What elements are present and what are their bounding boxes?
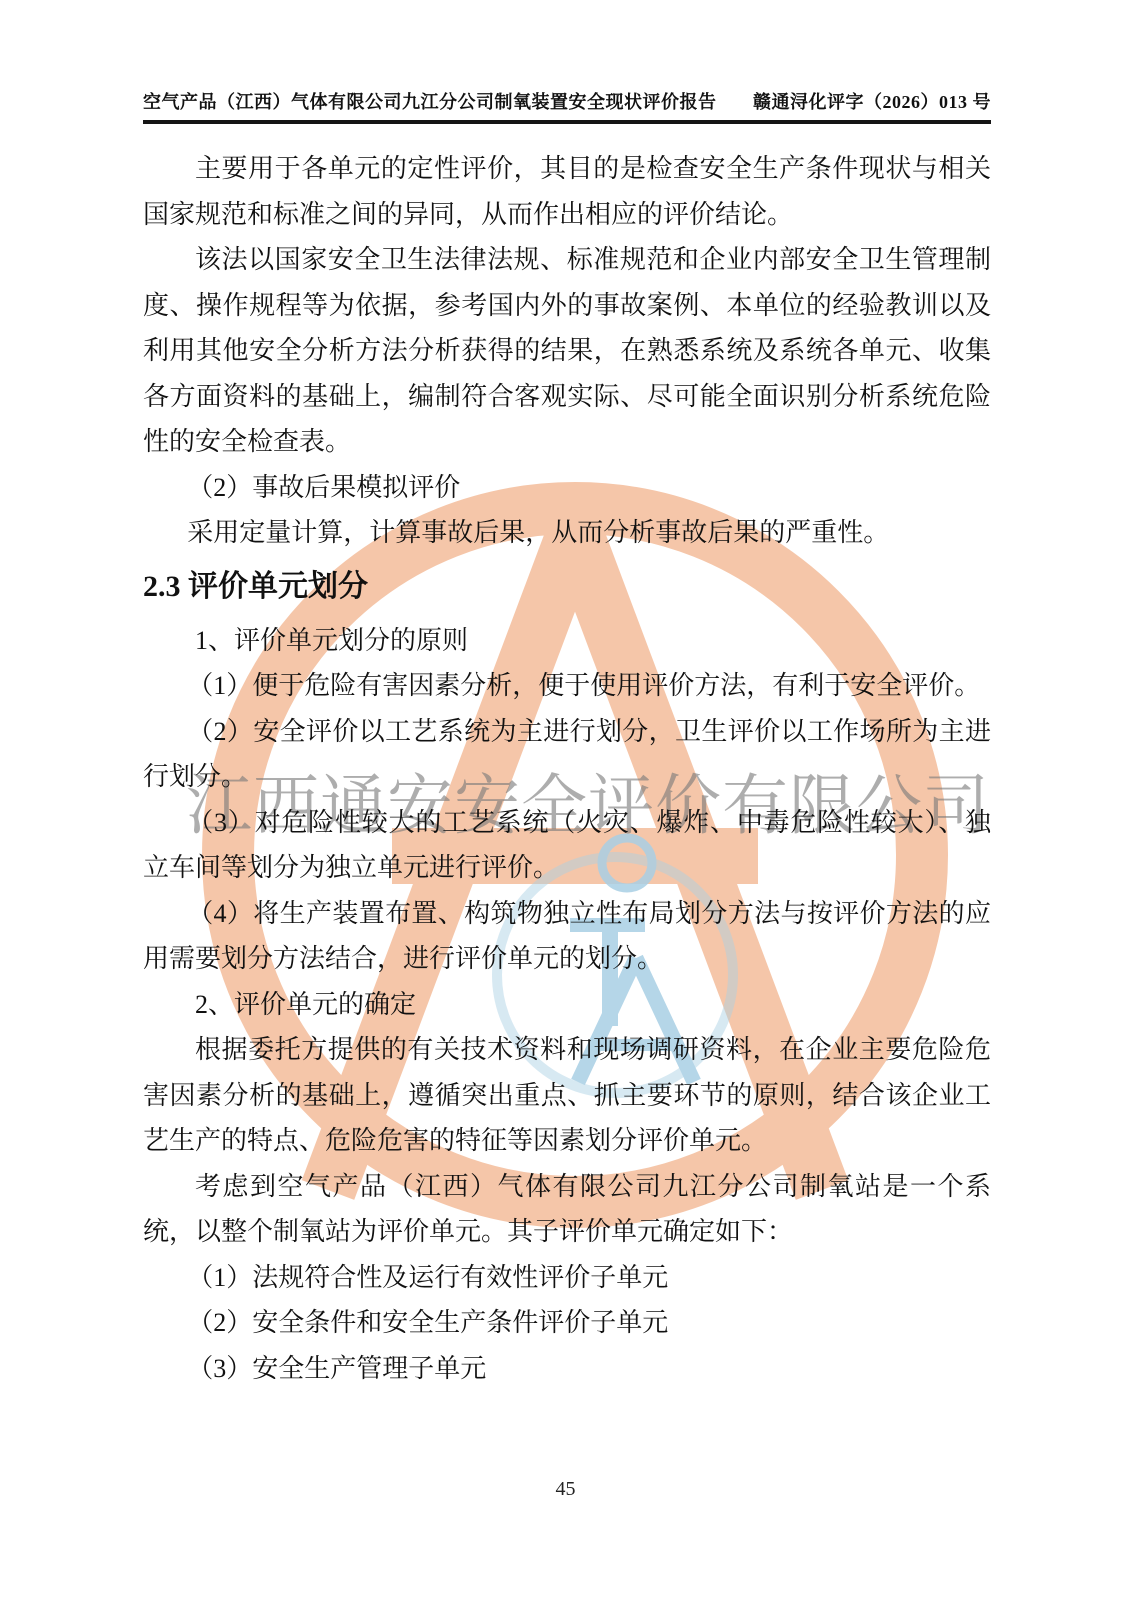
body-paragraph: 1、评价单元划分的原则 bbox=[143, 618, 991, 664]
body-paragraph: 考虑到空气产品（江西）气体有限公司九江分公司制氧站是一个系统，以整个制氧站为评价… bbox=[143, 1164, 991, 1255]
body-paragraph: 根据委托方提供的有关技术资料和现场调研资料，在企业主要危险危害因素分析的基础上，… bbox=[143, 1027, 991, 1164]
body-paragraph: 主要用于各单元的定性评价，其目的是检查安全生产条件现状与相关国家规范和标准之间的… bbox=[143, 146, 991, 237]
page-footer: 45 bbox=[0, 1478, 1131, 1501]
body-paragraph: （3）安全生产管理子单元 bbox=[143, 1346, 991, 1392]
page-header: 空气产品（江西）气体有限公司九江分公司制氧装置安全现状评价报告 赣通浔化评字（2… bbox=[143, 88, 991, 124]
page-number: 45 bbox=[556, 1478, 576, 1500]
report-title: 空气产品（江西）气体有限公司九江分公司制氧装置安全现状评价报告 bbox=[143, 88, 717, 114]
body-paragraph: （3）对危险性较大的工艺系统（火灾、爆炸、中毒危险性较大）、独立车间等划分为独立… bbox=[143, 800, 991, 891]
document-page: 江西通安安全评价有限公司 空气产品（江西）气体有限公司九江分公司制氧装置安全现状… bbox=[0, 0, 1131, 1600]
body-paragraph: （2）事故后果模拟评价 bbox=[143, 465, 991, 511]
document-number: 赣通浔化评字（2026）013 号 bbox=[753, 88, 991, 114]
document-body: 主要用于各单元的定性评价，其目的是检查安全生产条件现状与相关国家规范和标准之间的… bbox=[143, 146, 991, 1391]
body-paragraph: （1）法规符合性及运行有效性评价子单元 bbox=[143, 1255, 991, 1301]
body-paragraph: （2）安全条件和安全生产条件评价子单元 bbox=[143, 1300, 991, 1346]
body-paragraph: （2）安全评价以工艺系统为主进行划分，卫生评价以工作场所为主进行划分。 bbox=[143, 709, 991, 800]
body-paragraph: （4）将生产装置布置、构筑物独立性布局划分方法与按评价方法的应用需要划分方法结合… bbox=[143, 891, 991, 982]
body-paragraph: 采用定量计算，计算事故后果，从而分析事故后果的严重性。 bbox=[143, 510, 991, 556]
section-heading: 2.3 评价单元划分 bbox=[143, 564, 991, 610]
body-paragraph: 2、评价单元的确定 bbox=[143, 982, 991, 1028]
body-paragraph: 该法以国家安全卫生法律法规、标准规范和企业内部安全卫生管理制度、操作规程等为依据… bbox=[143, 237, 991, 465]
body-paragraph: （1）便于危险有害因素分析，便于使用评价方法，有利于安全评价。 bbox=[143, 663, 991, 709]
